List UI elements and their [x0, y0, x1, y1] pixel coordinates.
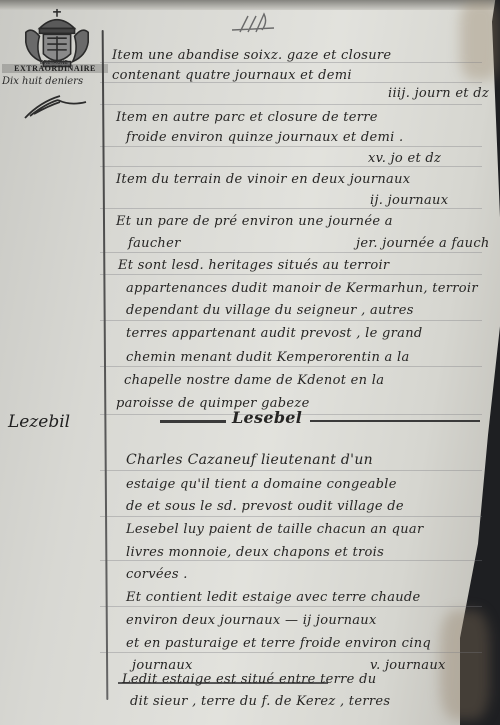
heading-dash-right — [310, 420, 480, 422]
pencil-page-mark-icon — [228, 12, 278, 34]
manuscript-line: livres monnoie, deux chapons et trois — [126, 545, 384, 560]
manuscript-line: Lesebel luy paient de taille chacun an q… — [126, 522, 423, 537]
manuscript-line: Item du terrain de vinoir en deux journa… — [116, 172, 410, 187]
manuscript-line: xv. jo et dz — [368, 151, 441, 166]
stamp-handwritten-value: Dix huit deniers — [2, 76, 83, 87]
water-stain — [440, 610, 490, 720]
manuscript-line: Et contient ledit estaige avec terre cha… — [126, 590, 421, 605]
manuscript-line: de et sous le sd. prevost oudit village … — [126, 499, 404, 514]
margin-note-lesebel: Lezebil — [8, 412, 70, 432]
manuscript-line: chemin menant dudit Kemperorentin a la — [126, 350, 410, 365]
manuscript-line: journaux — [132, 658, 193, 673]
manuscript-line: environ deux journaux — ij journaux — [126, 613, 377, 628]
manuscript-line: dit sieur , terre du f. de Kerez , terre… — [130, 694, 390, 709]
stamp — [18, 6, 96, 86]
manuscript-line: jer. journée a fauch — [356, 236, 490, 251]
manuscript-line: terres appartenant audit prevost , le gr… — [126, 326, 423, 341]
scribble-mark-icon — [20, 92, 90, 122]
frayed-edge-stain — [460, 0, 500, 80]
manuscript-line: Charles Cazaneuf lieutenant d'un — [126, 452, 373, 468]
manuscript-line: Et sont lesd. heritages situés au terroi… — [118, 258, 389, 273]
manuscript-line: contenant quatre journaux et demi — [112, 68, 352, 83]
heading-dash-left — [160, 420, 226, 423]
manuscript-line: Item en autre parc et closure de terre — [116, 110, 378, 125]
manuscript-line: v. journaux — [370, 658, 446, 673]
manuscript-line: Item une abandise soixz. gaze et closure — [112, 48, 391, 63]
stamp-caption: EXTRAORDINAIRE — [2, 64, 108, 73]
manuscript-line: dependant du village du seigneur , autre… — [126, 303, 414, 318]
manuscript-line: Ledit estaige est situé entre terre du — [122, 672, 376, 687]
manuscript-line: iiij. journ et dz — [388, 86, 489, 101]
manuscript-line: et en pasturaige et terre froide environ… — [126, 636, 431, 651]
manuscript-line: paroisse de quimper gabeze — [116, 396, 310, 411]
manuscript-line: Et un pare de pré environ une journée a — [116, 214, 393, 229]
manuscript-line: estaige qu'il tient a domaine congeable — [126, 477, 397, 492]
manuscript-line: ij. journaux — [370, 193, 448, 208]
manuscript-line: corvées . — [126, 567, 188, 582]
manuscript-line: froide environ quinze journaux et demi . — [126, 130, 403, 145]
crown-coat-of-arms-icon — [18, 6, 96, 86]
manuscript-line: appartenances dudit manoir de Kermarhun,… — [126, 281, 478, 296]
manuscript-line: faucher — [128, 236, 181, 251]
manuscript-line: chapelle nostre dame de Kdenot en la — [124, 373, 384, 388]
margin-rule — [102, 30, 109, 700]
manuscript-page: BRETAGNE EXTRAORDINAIRE Dix huit deniers… — [0, 0, 500, 725]
